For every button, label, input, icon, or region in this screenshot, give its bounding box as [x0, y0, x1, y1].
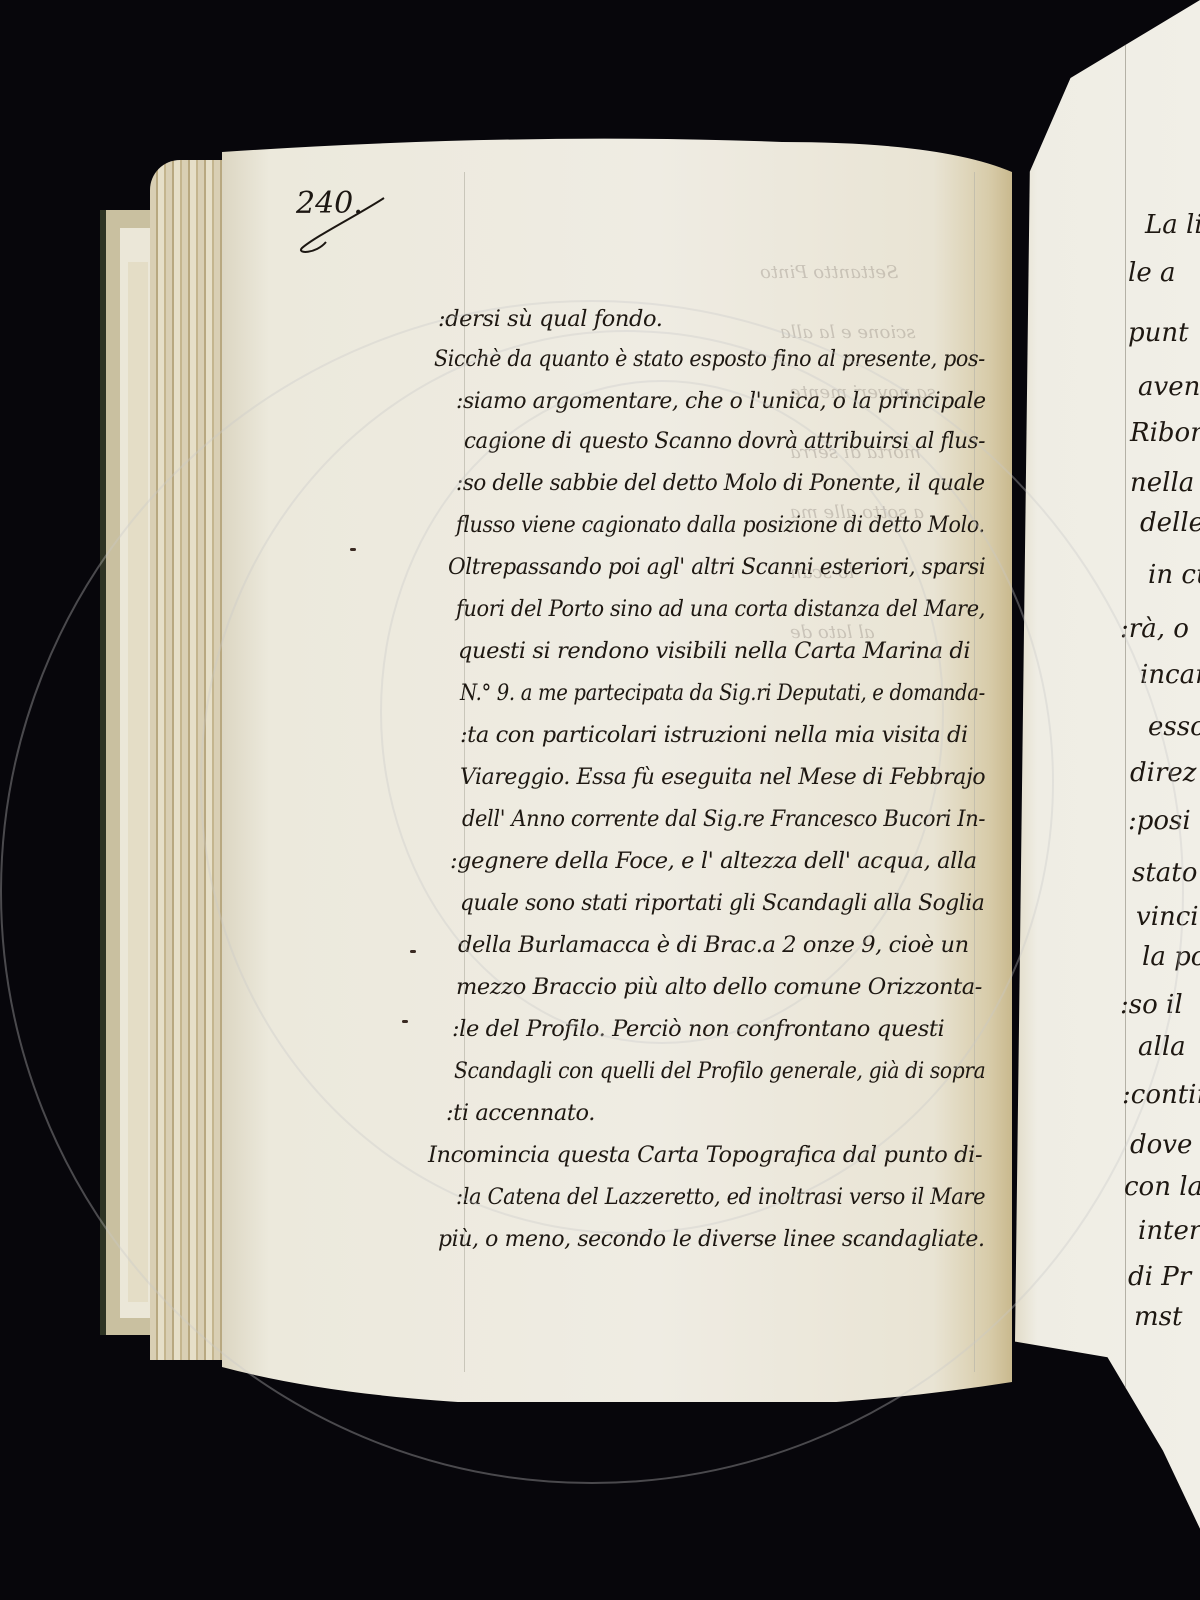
text-line: :siamo argomentare, che o l'unica, o la … — [456, 388, 986, 414]
text-line: flusso viene cagionato dalla posizione d… — [456, 512, 985, 538]
text-fragment: la por — [1142, 942, 1200, 972]
text-fragment: aven — [1138, 372, 1200, 402]
text-line: Sicchè da quanto è stato esposto fino al… — [434, 346, 985, 372]
text-line: :ta con particolari istruzioni nella mia… — [460, 722, 968, 748]
text-fragment: direz — [1130, 758, 1196, 788]
right-page-margin-rule — [1125, 40, 1126, 1500]
text-fragment: vincit — [1136, 902, 1200, 932]
text-fragment: nella — [1130, 468, 1194, 498]
text-line: questi si rendono visibili nella Carta M… — [458, 638, 970, 664]
text-fragment: di Pr — [1128, 1262, 1191, 1292]
margin-mark — [402, 1020, 408, 1023]
text-line: Viareggio. Essa fù eseguita nel Mese di … — [460, 764, 985, 790]
text-fragment: mst — [1134, 1302, 1182, 1332]
text-fragment: :contin — [1122, 1080, 1200, 1110]
text-line: fuori del Porto sino ad una corta distan… — [456, 596, 985, 622]
text-line: dell' Anno corrente dal Sig.re Francesco… — [462, 806, 985, 832]
text-line: :so delle sabbie del detto Molo di Ponen… — [456, 470, 985, 496]
text-line: più, o meno, secondo le diverse linee sc… — [438, 1226, 985, 1252]
book-flyleaf-inner — [128, 262, 148, 1302]
text-fragment: :rà, o — [1120, 614, 1189, 644]
text-fragment: le a — [1128, 258, 1175, 288]
text-fragment: dove — [1130, 1130, 1192, 1160]
text-fragment: alla — [1138, 1032, 1186, 1062]
text-fragment: esso — [1148, 712, 1200, 742]
text-fragment: punt — [1128, 318, 1189, 348]
text-line: mezzo Braccio più alto dello comune Oriz… — [456, 974, 982, 1000]
margin-mark — [410, 950, 416, 953]
text-line: N.° 9. a me partecipata da Sig.ri Deputa… — [460, 680, 985, 706]
text-line: quale sono stati riportati gli Scandagli… — [460, 890, 984, 916]
text-line: :ti accennato. — [446, 1100, 595, 1126]
text-fragment: Ribor — [1130, 418, 1200, 448]
folio-flourish-icon — [296, 196, 386, 256]
text-line: Scandagli con quelli del Profilo general… — [454, 1058, 985, 1084]
margin-mark — [350, 548, 356, 551]
text-line: Oltrepassando poi agl' altri Scanni este… — [448, 554, 985, 580]
text-line: :le del Profilo. Perciò non confrontano … — [452, 1016, 944, 1042]
text-fragment: La li — [1145, 210, 1200, 240]
text-fragment: inter — [1138, 1216, 1200, 1246]
text-line: :dersi sù qual fondo. — [438, 306, 662, 332]
text-line: :gegnere della Foce, e l' altezza dell' … — [450, 848, 977, 874]
text-line: della Burlamacca è di Brac.a 2 onze 9, c… — [458, 932, 969, 958]
text-fragment: :so il — [1120, 990, 1183, 1020]
text-fragment: con la — [1124, 1172, 1200, 1202]
text-line: Incomincia questa Carta Topografica dal … — [428, 1142, 982, 1168]
text-fragment: incan — [1140, 660, 1200, 690]
text-fragment: stato — [1132, 858, 1197, 888]
text-fragment: delle — [1140, 508, 1200, 538]
text-line: cagione di questo Scanno dovrà attribuir… — [464, 428, 985, 454]
text-fragment: :posi — [1128, 806, 1191, 836]
scanned-book-spread: Settantto Pinto scione e la alla sa nove… — [0, 0, 1200, 1600]
text-line: :la Catena del Lazzeretto, ed inoltrasi … — [456, 1184, 985, 1210]
text-fragment: in cu — [1148, 560, 1200, 590]
